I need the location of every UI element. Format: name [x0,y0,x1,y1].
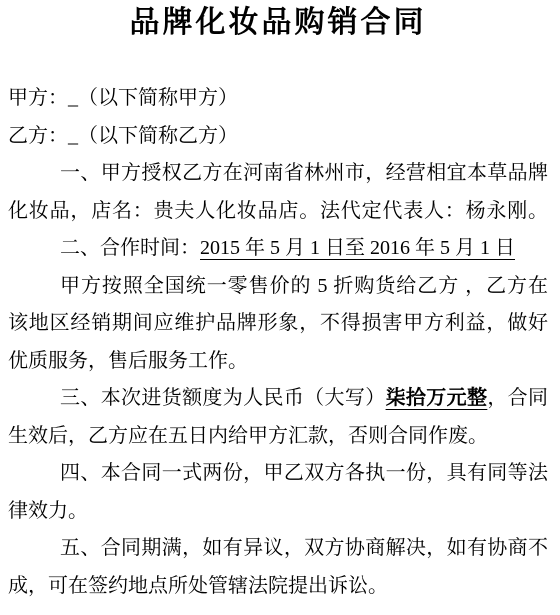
clause-5-line-1: 五、合同期满，如有异议，双方协商解决，如有协商不 [8,530,548,568]
contract-title: 品牌化妆品购销合同 [8,0,548,41]
clause-4-line-1: 四、本合同一式两份，甲乙双方各执一份，具有同等法 [8,455,548,493]
paragraph-3-line-2: 该地区经销期间应维护品牌形象，不得损害甲方利益，做好 [8,305,548,343]
contract-body: 甲方：_（以下简称甲方） 乙方：_（以下简称乙方） 一、甲方授权乙方在河南省林州… [8,80,548,605]
clause-5-line-2: 成，可在签约地点所处管辖法院提出诉讼。 [8,568,548,606]
party-b-line: 乙方：_（以下简称乙方） [8,118,548,156]
clause-3-line-1: 三、本次进货额度为人民币（大写）柒拾万元整，合同 [8,380,548,418]
clause-3-amount: 柒拾万元整 [386,387,488,409]
paragraph-3-line-3: 优质服务，售后服务工作。 [8,343,548,381]
party-a-line: 甲方：_（以下简称甲方） [8,80,548,118]
clause-2-dates: 2015 年 5 月 1 日至 2016 年 5 月 1 日 [200,237,515,259]
clause-3-text-pre: 三、本次进货额度为人民币（大写） [60,387,386,409]
contract-document: 品牌化妆品购销合同 甲方：_（以下简称甲方） 乙方：_（以下简称乙方） 一、甲方… [0,0,560,615]
clause-2-line: 二、合作时间：2015 年 5 月 1 日至 2016 年 5 月 1 日 [8,230,548,268]
clause-3-line-2: 生效后，乙方应在五日内给甲方汇款，否则合同作废。 [8,418,548,456]
clause-2-label: 二、合作时间： [60,237,200,259]
clause-3-text-post: ，合同 [487,387,548,409]
paragraph-3-line-1: 甲方按照全国统一零售价的 5 折购货给乙方 ，乙方在 [8,268,548,306]
clause-4-line-2: 律效力。 [8,493,548,531]
clause-1-line-2: 化妆品，店名：贵夫人化妆品店。法代定代表人：杨永刚。 [8,193,548,231]
clause-1-line-1: 一、甲方授权乙方在河南省林州市，经营相宜本草品牌 [8,155,548,193]
